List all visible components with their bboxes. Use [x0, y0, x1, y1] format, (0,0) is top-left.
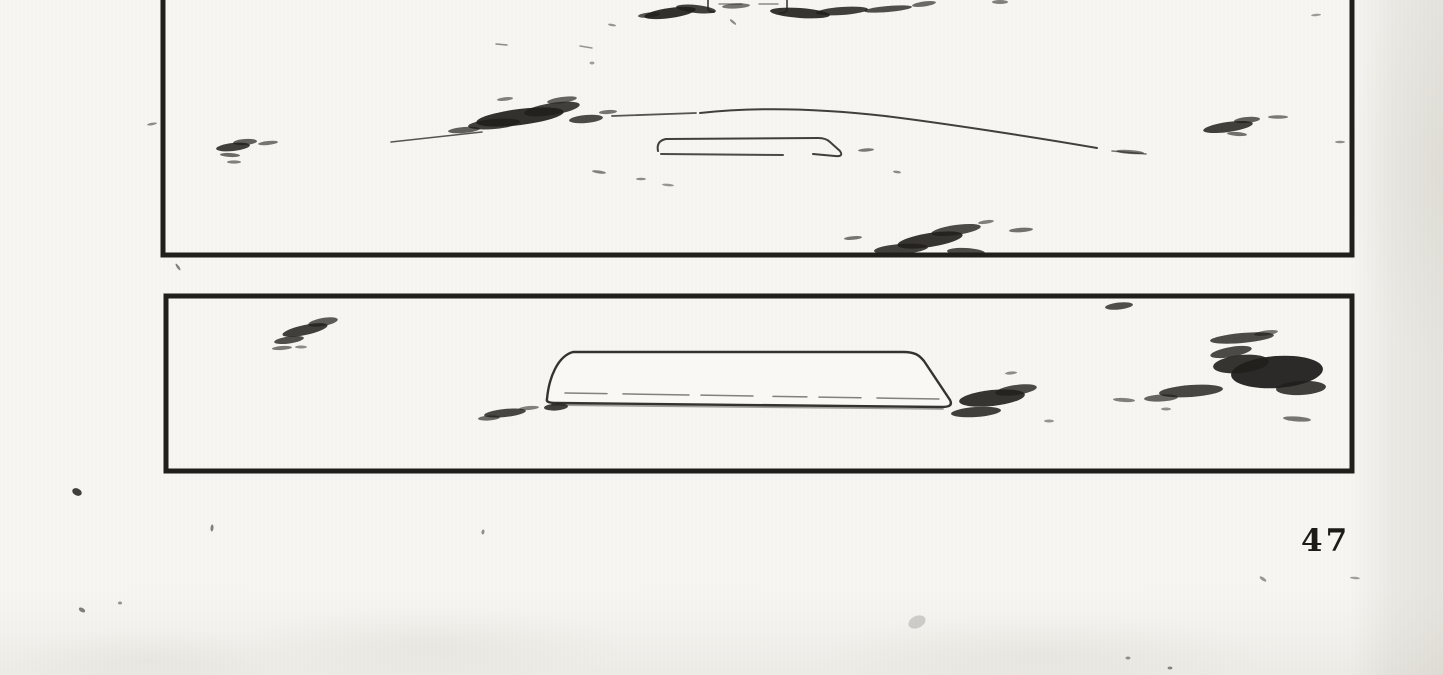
ink-smudge [662, 183, 674, 187]
ink-smudge [906, 613, 927, 631]
ink-smudge [1144, 394, 1178, 403]
ink-smudge [1126, 657, 1131, 660]
ink-smudge [220, 152, 240, 157]
ink-smudge [1044, 420, 1054, 423]
ink-smudge [227, 160, 241, 163]
ink-smudge [729, 19, 737, 26]
line-art [391, 0, 1146, 409]
manga-page-scan: 47 [0, 0, 1443, 675]
ink-smudge [978, 219, 994, 225]
ink-smudges [71, 0, 1360, 670]
ink-smudge [147, 122, 157, 126]
ink-smudge [481, 529, 485, 534]
ink-smudge [210, 524, 214, 531]
ink-smudge [1350, 576, 1360, 579]
ink-smudge [1009, 227, 1033, 233]
ink-smudge [1005, 371, 1017, 375]
ink-smudge [1105, 301, 1134, 311]
ink-smudge [992, 0, 1008, 4]
ink-smudge [1227, 131, 1247, 136]
ink-smudge [1268, 115, 1288, 119]
ink-smudge [1113, 397, 1135, 402]
ink-smudge [864, 4, 912, 14]
ink-smudge [1335, 141, 1345, 144]
ink-smudge [592, 170, 606, 175]
ink-smudge [71, 487, 83, 498]
ink-smudge [816, 5, 868, 17]
panel-1-border [163, 0, 1352, 255]
ink-smudge [1311, 13, 1321, 16]
sky-dash-a [496, 44, 507, 45]
ink-smudge [272, 345, 292, 350]
horizon-arc-right [700, 109, 1097, 148]
ink-smudge [1116, 149, 1144, 155]
ink-smudge [175, 263, 182, 271]
ink-smudge [599, 109, 617, 114]
ink-smudge [844, 235, 862, 240]
ink-smudge [590, 62, 595, 65]
ink-smudge [519, 405, 539, 411]
ink-smudge [858, 148, 874, 152]
panel-artwork [0, 0, 1443, 675]
ink-smudge [951, 405, 1002, 418]
ink-smudge [1259, 575, 1267, 582]
sky-dash-b [580, 46, 592, 48]
ink-smudge [636, 178, 646, 181]
ink-smudge [295, 346, 307, 349]
ink-smudge [893, 170, 901, 174]
page-number: 47 [1301, 523, 1350, 559]
horizon-mid-segment [612, 113, 696, 116]
ink-smudge [78, 607, 86, 614]
ink-smudge [118, 602, 122, 605]
ink-smudge [1161, 408, 1171, 411]
ink-smudge [1168, 667, 1173, 670]
ink-smudge [912, 0, 936, 8]
ink-smudge [258, 140, 278, 146]
ink-smudge [497, 96, 513, 101]
ink-smudge [569, 114, 604, 125]
small-plate-bottom [661, 154, 783, 155]
ink-smudge [1283, 416, 1311, 423]
horizon-left-upslope [391, 132, 482, 142]
ink-smudge [608, 23, 616, 27]
